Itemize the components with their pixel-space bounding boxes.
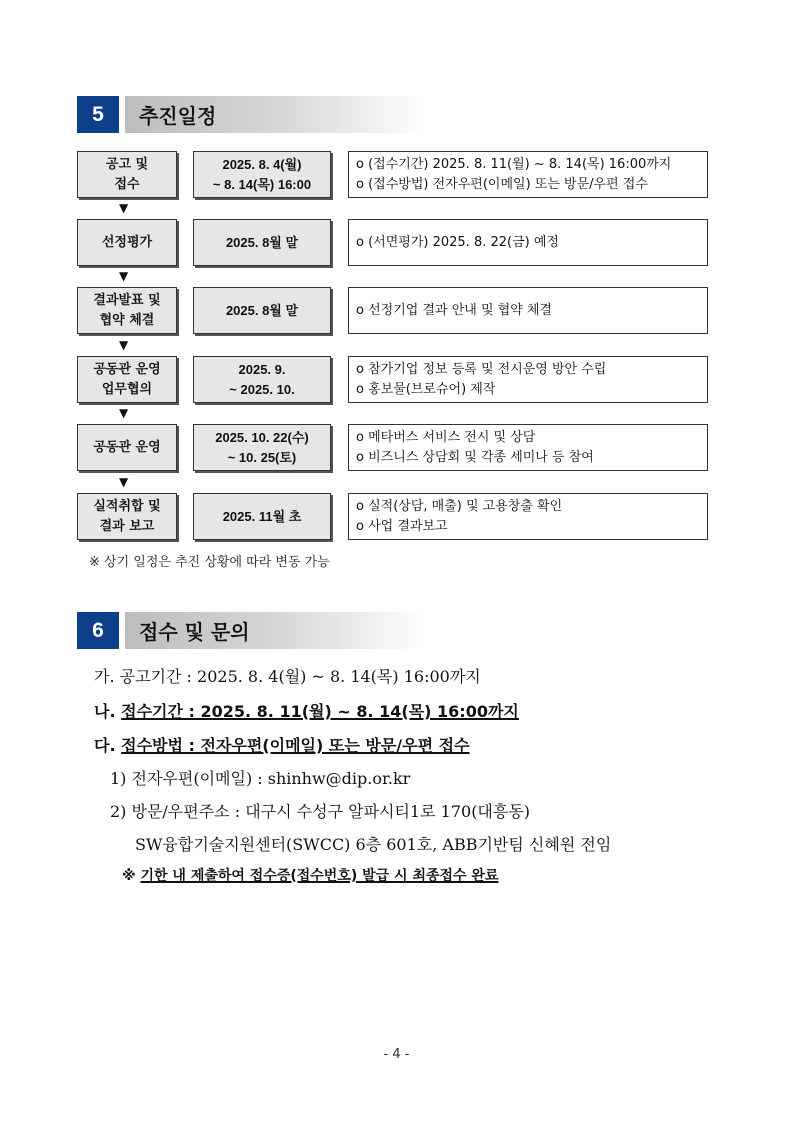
date-label: 2025. 10. 22(수): [215, 428, 309, 448]
arrow-down-icon: ▼: [119, 269, 128, 283]
description-box: o (서면평가) 2025. 8. 22(금) 예정: [348, 219, 708, 266]
stage-label: 공동관 운영: [93, 360, 160, 380]
date-box: 2025. 8. 4(월) ~ 8. 14(목) 16:00: [193, 151, 331, 198]
postal-address-continued: SW융합기술지원센터(SWCC) 6층 601호, ABB기반팀 신혜원 전임: [135, 832, 611, 855]
date-box: 2025. 10. 22(수) ~ 10. 25(토): [193, 424, 331, 471]
schedule-row: 공고 및 접수 2025. 8. 4(월) ~ 8. 14(목) 16:00 o…: [77, 151, 710, 198]
stage-box: 선정평가: [77, 219, 177, 266]
submission-period: 나. 접수기간 : 2025. 8. 11(월) ~ 8. 14(목) 16:0…: [94, 699, 519, 722]
description-line: o 비즈니스 상담회 및 각종 세미나 등 참여: [356, 448, 594, 468]
section-number: 5: [77, 96, 119, 133]
date-label: 2025. 11월 초: [223, 507, 302, 527]
section-title: 접수 및 문의: [125, 612, 429, 649]
date-label: 2025. 8월 말: [226, 233, 298, 253]
date-box: 2025. 8월 말: [193, 219, 331, 266]
postal-address: 2) 방문/우편주소 : 대구시 수성구 알파시티1로 170(대흥동): [110, 799, 530, 822]
date-label: ~ 10. 25(토): [228, 448, 297, 468]
stage-label: 접수: [114, 175, 139, 195]
announcement-period: 가. 공고기간 : 2025. 8. 4(월) ~ 8. 14(목) 16:00…: [94, 664, 481, 687]
stage-box: 공동관 운영 업무협의: [77, 356, 177, 403]
section-title: 추진일정: [125, 96, 429, 133]
section-6-header: 6 접수 및 문의: [77, 612, 429, 649]
section-number: 6: [77, 612, 119, 649]
schedule-row: 선정평가 2025. 8월 말 o (서면평가) 2025. 8. 22(금) …: [77, 219, 710, 266]
email-contact: 1) 전자우편(이메일) : shinhw@dip.or.kr: [110, 766, 410, 789]
description-line: o (접수기간) 2025. 8. 11(월) ~ 8. 14(목) 16:00…: [356, 155, 671, 175]
date-label: 2025. 9.: [239, 360, 286, 380]
description-line: o (서면평가) 2025. 8. 22(금) 예정: [356, 233, 559, 253]
schedule-row: 공동관 운영 업무협의 2025. 9. ~ 2025. 10. o 참가기업 …: [77, 356, 710, 403]
stage-box: 실적취합 및 결과 보고: [77, 493, 177, 540]
date-box: 2025. 11월 초: [193, 493, 331, 540]
description-box: o (접수기간) 2025. 8. 11(월) ~ 8. 14(목) 16:00…: [348, 151, 708, 198]
item-text: 접수기간 : 2025. 8. 11(월) ~ 8. 14(목) 16:00까지: [121, 702, 519, 721]
arrow-down-icon: ▼: [119, 338, 128, 352]
notice-text: 기한 내 제출하여 접수증(접수번호) 발급 시 최종접수 완료: [141, 868, 499, 884]
date-label: ~ 2025. 10.: [229, 380, 294, 400]
submission-method: 다. 접수방법 : 전자우편(이메일) 또는 방문/우편 접수: [94, 733, 470, 756]
item-text: 공고기간 : 2025. 8. 4(월) ~ 8. 14(목) 16:00까지: [120, 667, 481, 686]
completion-notice: ※ 기한 내 제출하여 접수증(접수번호) 발급 시 최종접수 완료: [122, 865, 498, 885]
date-label: ~ 8. 14(목) 16:00: [213, 175, 311, 195]
stage-box: 결과발표 및 협약 체결: [77, 287, 177, 334]
schedule-row: 공동관 운영 2025. 10. 22(수) ~ 10. 25(토) o 메타버…: [77, 424, 710, 471]
description-box: o 실적(상담, 매출) 및 고용창출 확인 o 사업 결과보고: [348, 493, 708, 540]
arrow-down-icon: ▼: [119, 406, 128, 420]
description-box: o 메타버스 서비스 전시 및 상담 o 비즈니스 상담회 및 각종 세미나 등…: [348, 424, 708, 471]
stage-label: 결과발표 및: [93, 291, 160, 311]
schedule-row: 결과발표 및 협약 체결 2025. 8월 말 o 선정기업 결과 안내 및 협…: [77, 287, 710, 334]
stage-box: 공고 및 접수: [77, 151, 177, 198]
item-prefix: 다.: [94, 736, 116, 755]
date-box: 2025. 8월 말: [193, 287, 331, 334]
description-line: o 참가기업 정보 등록 및 전시운영 방안 수립: [356, 360, 606, 380]
section-5-header: 5 추진일정: [77, 96, 429, 133]
stage-box: 공동관 운영: [77, 424, 177, 471]
description-box: o 참가기업 정보 등록 및 전시운영 방안 수립 o 홍보물(브로슈어) 제작: [348, 356, 708, 403]
stage-label: 결과 보고: [100, 517, 155, 537]
stage-label: 선정평가: [102, 233, 152, 253]
date-label: 2025. 8. 4(월): [222, 155, 301, 175]
stage-label: 실적취합 및: [93, 497, 160, 517]
schedule-note: ※ 상기 일정은 추진 상황에 따라 변동 가능: [89, 551, 330, 570]
schedule-row: 실적취합 및 결과 보고 2025. 11월 초 o 실적(상담, 매출) 및 …: [77, 493, 710, 540]
description-line: o 메타버스 서비스 전시 및 상담: [356, 428, 535, 448]
description-line: o 선정기업 결과 안내 및 협약 체결: [356, 301, 552, 321]
stage-label: 협약 체결: [100, 311, 155, 331]
item-prefix: 나.: [94, 702, 116, 721]
description-line: o 사업 결과보고: [356, 517, 448, 537]
description-line: o (접수방법) 전자우편(이메일) 또는 방문/우편 접수: [356, 175, 648, 195]
stage-label: 공동관 운영: [93, 438, 160, 458]
page-number: - 4 -: [0, 1047, 793, 1062]
item-text: 접수방법 : 전자우편(이메일) 또는 방문/우편 접수: [121, 736, 469, 755]
arrow-down-icon: ▼: [119, 475, 128, 489]
description-box: o 선정기업 결과 안내 및 협약 체결: [348, 287, 708, 334]
date-box: 2025. 9. ~ 2025. 10.: [193, 356, 331, 403]
stage-label: 업무협의: [102, 380, 152, 400]
stage-label: 공고 및: [106, 155, 148, 175]
item-prefix: 가.: [94, 667, 115, 686]
description-line: o 실적(상담, 매출) 및 고용창출 확인: [356, 497, 562, 517]
notice-mark: ※: [122, 868, 136, 884]
description-line: o 홍보물(브로슈어) 제작: [356, 380, 495, 400]
arrow-down-icon: ▼: [119, 201, 128, 215]
date-label: 2025. 8월 말: [226, 301, 298, 321]
